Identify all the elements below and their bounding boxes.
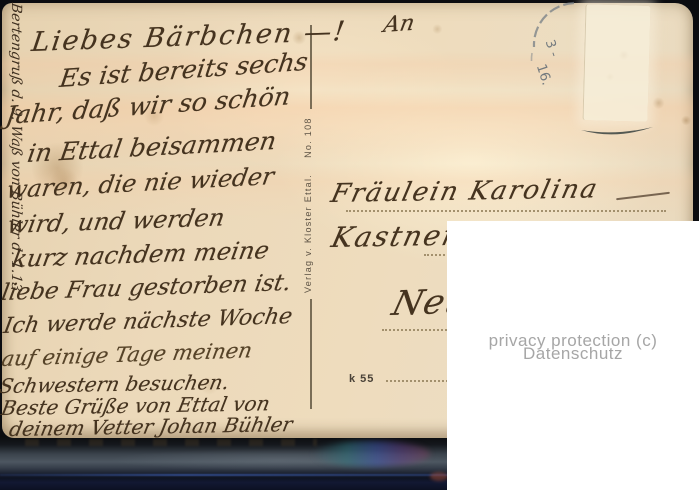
privacy-watermark-box: privacy protection (c) Datenschutz bbox=[447, 221, 699, 490]
privacy-watermark-subtext: Datenschutz bbox=[447, 345, 699, 362]
divider-line-bottom bbox=[310, 299, 312, 409]
address-dotted-rule bbox=[382, 329, 450, 331]
address-prefix: An bbox=[382, 11, 417, 38]
address-line-recipient: Fräulein Karolina bbox=[328, 174, 602, 209]
blue-scanline-artifact bbox=[0, 474, 460, 476]
series-mark: k 55 bbox=[349, 373, 374, 385]
pen-swoosh-mark bbox=[575, 120, 660, 142]
scan-smudge-artifact bbox=[25, 439, 317, 446]
iridescent-scan-artifact bbox=[312, 441, 430, 467]
red-smudge-artifact bbox=[430, 472, 448, 481]
address-dotted-rule bbox=[346, 210, 666, 212]
margin-note: Bertengruß d. 9. Waß von Bühler d. 1.13 bbox=[8, 2, 24, 293]
publisher-imprint: Verlag v. Kloster Ettal.No. 108 bbox=[303, 117, 313, 293]
address-line-surname: Kastner bbox=[328, 219, 461, 254]
message-signature: deinem Vetter Johan Bühler bbox=[7, 412, 294, 441]
scanned-postcard-image: 3 - 16. Verlag v. Kloster Ettal.No. 108 … bbox=[0, 0, 699, 490]
publisher-number: No. 108 bbox=[303, 117, 313, 158]
publisher-name: Verlag v. Kloster Ettal. bbox=[303, 174, 313, 293]
